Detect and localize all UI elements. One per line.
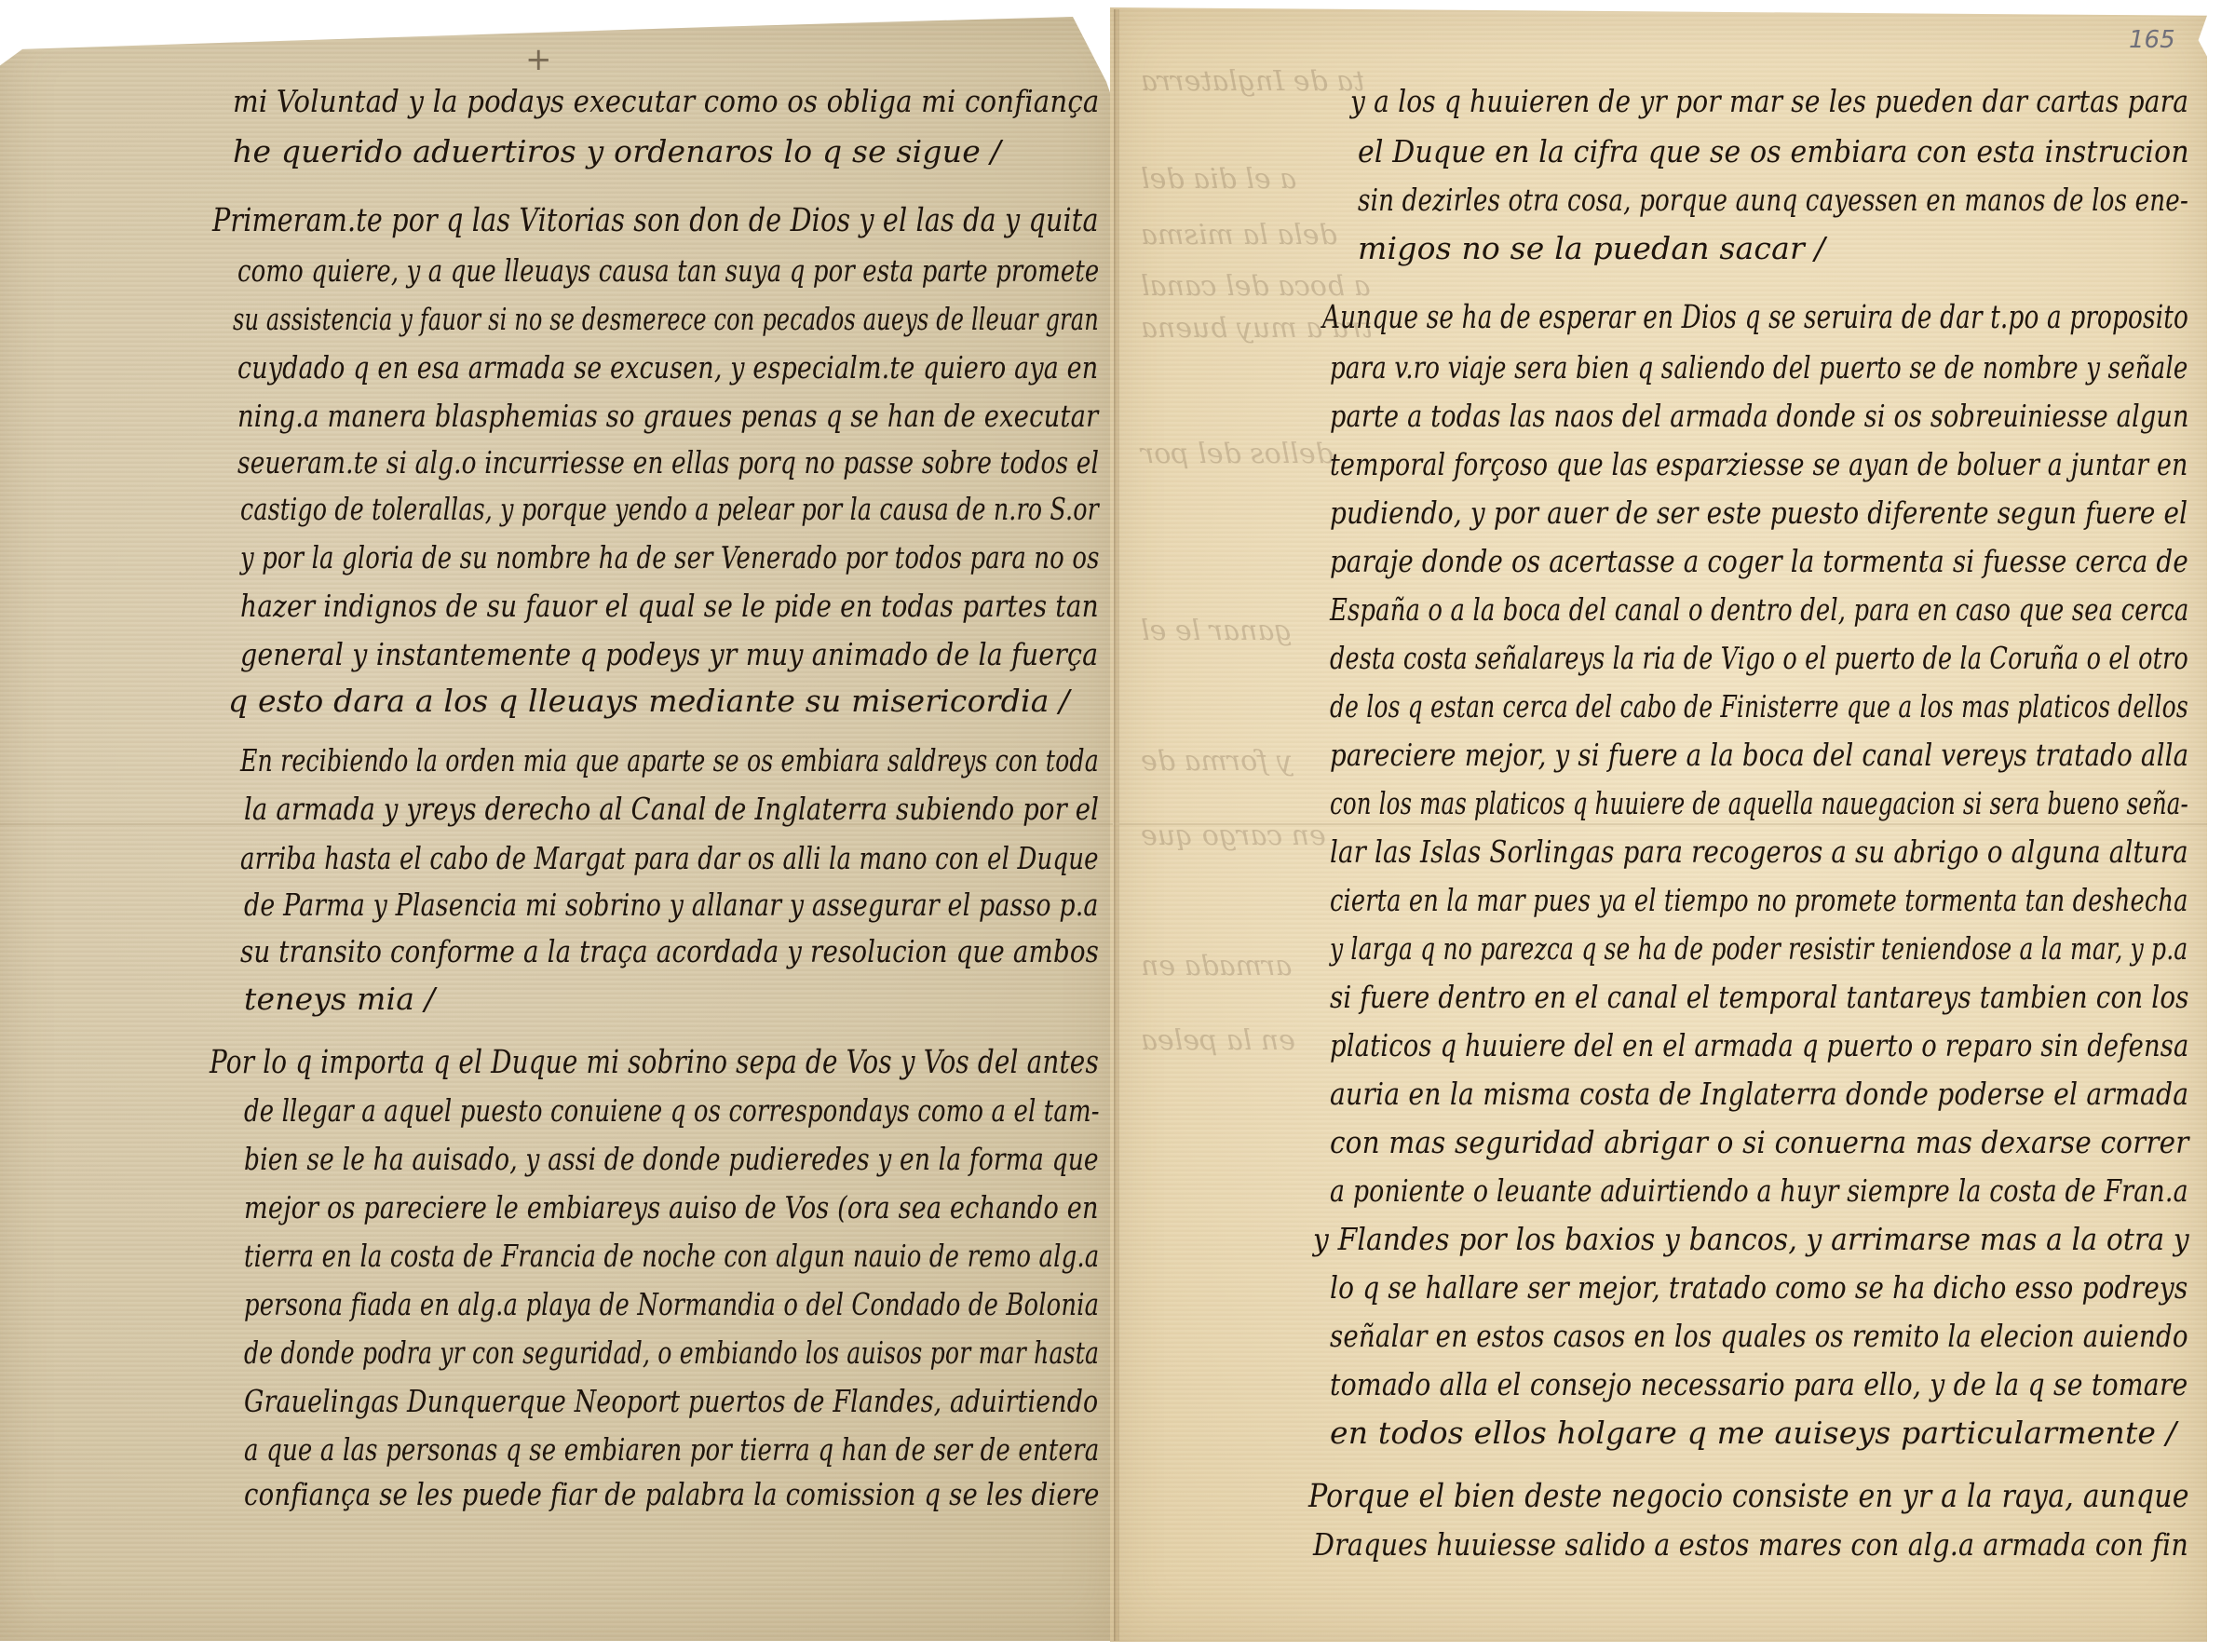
- manuscript-line: cierta en la mar pues ya el tiempo no pr…: [1330, 885, 2188, 915]
- manuscript-line: y a los q huuieren de yr por mar se les …: [1350, 86, 2188, 116]
- marginal-cross-mark: +: [525, 41, 552, 78]
- manuscript-line: seueram.te si alg.o incurriesse en ellas…: [237, 447, 1099, 478]
- manuscript-line: arriba hasta el cabo de Margat para dar …: [240, 843, 1099, 873]
- spine-fold: [1114, 9, 1119, 1641]
- manuscript-line: mejor os pareciere le embiareys auiso de…: [244, 1192, 1099, 1223]
- manuscript-line: de los q estan cerca del cabo de Finiste…: [1330, 691, 2188, 722]
- manuscript-line: el Duque en la cifra que se os embiara c…: [1358, 136, 2189, 167]
- bleed-through-text: ta de Inglaterra: [1141, 65, 1364, 98]
- manuscript-line: lo q se hallare ser mejor, tratado como …: [1330, 1272, 2188, 1303]
- manuscript-line: Grauelingas Dunquerque Neoport puertos d…: [244, 1386, 1098, 1416]
- bleed-through-text: dela la misma: [1141, 219, 1337, 251]
- manuscript-line: de Parma y Plasencia mi sobrino y allana…: [244, 889, 1099, 920]
- manuscript-line: a que a las personas q se embiaren por t…: [244, 1434, 1099, 1465]
- manuscript-line: de llegar a aquel puesto conuiene q os c…: [244, 1095, 1100, 1126]
- manuscript-line: parte a todas las naos del armada donde …: [1330, 400, 2189, 431]
- bleed-through-text: ganar le el: [1141, 615, 1292, 647]
- manuscript-line: señalar en estos casos en los quales os …: [1330, 1320, 2188, 1351]
- manuscript-line: pudiendo, y por auer de ser este puesto …: [1330, 497, 2188, 528]
- manuscript-line: y Flandes por los baxios y bancos, y arr…: [1313, 1224, 2189, 1254]
- manuscript-line: su transito conforme a la traça acordada…: [240, 936, 1099, 967]
- manuscript-line: en todos ellos holgare q me auiseys part…: [1330, 1417, 2176, 1448]
- manuscript-line: hazer indignos de su fauor el qual se le…: [240, 590, 1099, 621]
- manuscript-line: su assistencia y fauor si no se desmerec…: [233, 304, 1099, 334]
- manuscript-line: a poniente o leuante aduirtiendo a huyr …: [1330, 1175, 2188, 1206]
- manuscript-line: paraje donde os acertasse a coger la tor…: [1330, 546, 2188, 576]
- bleed-through-text: y forma de: [1141, 745, 1293, 778]
- bleed-through-text: en cargo que: [1141, 819, 1326, 852]
- bleed-through-text: a el dia del: [1141, 163, 1296, 196]
- bleed-through-text: dellos del por: [1141, 438, 1334, 470]
- manuscript-line: q esto dara a los q lleuays mediante su …: [228, 685, 1070, 716]
- manuscript-line: migos no se la puedan sacar /: [1358, 233, 1825, 264]
- manuscript-line: para v.ro viaje sera bien q saliendo del…: [1330, 352, 2188, 383]
- manuscript-line: Primeram.te por q las Vitorias son don d…: [212, 205, 1099, 237]
- manuscript-line: cuydado q en esa armada se excusen, y es…: [237, 352, 1098, 383]
- manuscript-line: teneys mia /: [244, 983, 435, 1014]
- manuscript-line: En recibiendo la orden mia que aparte se…: [240, 745, 1099, 776]
- manuscript-line: de donde podra yr con seguridad, o embia…: [244, 1337, 1099, 1368]
- manuscript-line: bien se le ha auisado, y assi de donde p…: [244, 1144, 1099, 1174]
- manuscript-line: persona fiada en alg.a playa de Normandi…: [244, 1289, 1099, 1320]
- bleed-through-text: a boca del canal: [1141, 270, 1371, 303]
- manuscript-line: confiança se les puede fiar de palabra l…: [244, 1479, 1100, 1510]
- manuscript-line: auria en la misma costa de Inglaterra do…: [1330, 1078, 2188, 1109]
- manuscript-line: desta costa señalareys la ria de Vigo o …: [1330, 643, 2188, 673]
- bleed-through-text: en la pelea: [1141, 1024, 1295, 1057]
- manuscript-line: general y instantemente q podeys yr muy …: [240, 639, 1098, 670]
- bleed-through-text: armada en: [1141, 950, 1292, 982]
- manuscript-line: Aunque se ha de esperar en Dios q se ser…: [1322, 302, 2188, 334]
- manuscript-line: Por lo q importa q el Duque mi sobrino s…: [210, 1047, 1099, 1079]
- manuscript-line: ning.a manera blasphemias so graues pena…: [237, 400, 1098, 431]
- manuscript-line: temporal forçoso que las esparziesse se …: [1330, 449, 2188, 480]
- manuscript-line: tomado alla el consejo necessario para e…: [1330, 1369, 2188, 1400]
- manuscript-line: con los mas platicos q huuiere de aquell…: [1330, 788, 2188, 819]
- manuscript-line: lar las Islas Sorlingas para recogeros a…: [1330, 836, 2188, 867]
- folio-number: 165: [2129, 26, 2175, 54]
- manuscript-line: y larga q no parezca q se ha de poder re…: [1330, 933, 2188, 964]
- manuscript-line: Porque el bien deste negocio consiste en…: [1308, 1481, 2189, 1513]
- manuscript-line: castigo de tolerallas, y porque yendo a …: [240, 494, 1099, 524]
- manuscript-line: con mas seguridad abrigar o si conuerna …: [1330, 1127, 2189, 1158]
- manuscript-line: pareciere mejor, y si fuere a la boca de…: [1330, 739, 2188, 770]
- manuscript-line: he querido aduertiros y ordenaros lo q s…: [233, 136, 1001, 167]
- manuscript-line: mi Voluntad y la podays executar como os…: [233, 86, 1099, 116]
- manuscript-line: la armada y yreys derecho al Canal de In…: [244, 793, 1099, 824]
- manuscript-line: España o a la boca del canal o dentro de…: [1330, 594, 2188, 625]
- manuscript-line: sin dezirles otra cosa, porque aunq caye…: [1358, 184, 2188, 215]
- manuscript-line: tierra en la costa de Francia de noche c…: [244, 1240, 1099, 1271]
- manuscript-line: si fuere dentro en el canal el temporal …: [1330, 982, 2189, 1012]
- manuscript-line: platicos q huuiere del en el armada q pu…: [1330, 1030, 2189, 1061]
- manuscript-line: Draques huuiesse salido a estos mares co…: [1313, 1529, 2188, 1560]
- manuscript-line: como quiere, y a que lleuays causa tan s…: [237, 255, 1099, 286]
- manuscript-line: y por la gloria de su nombre ha de ser V…: [240, 542, 1100, 573]
